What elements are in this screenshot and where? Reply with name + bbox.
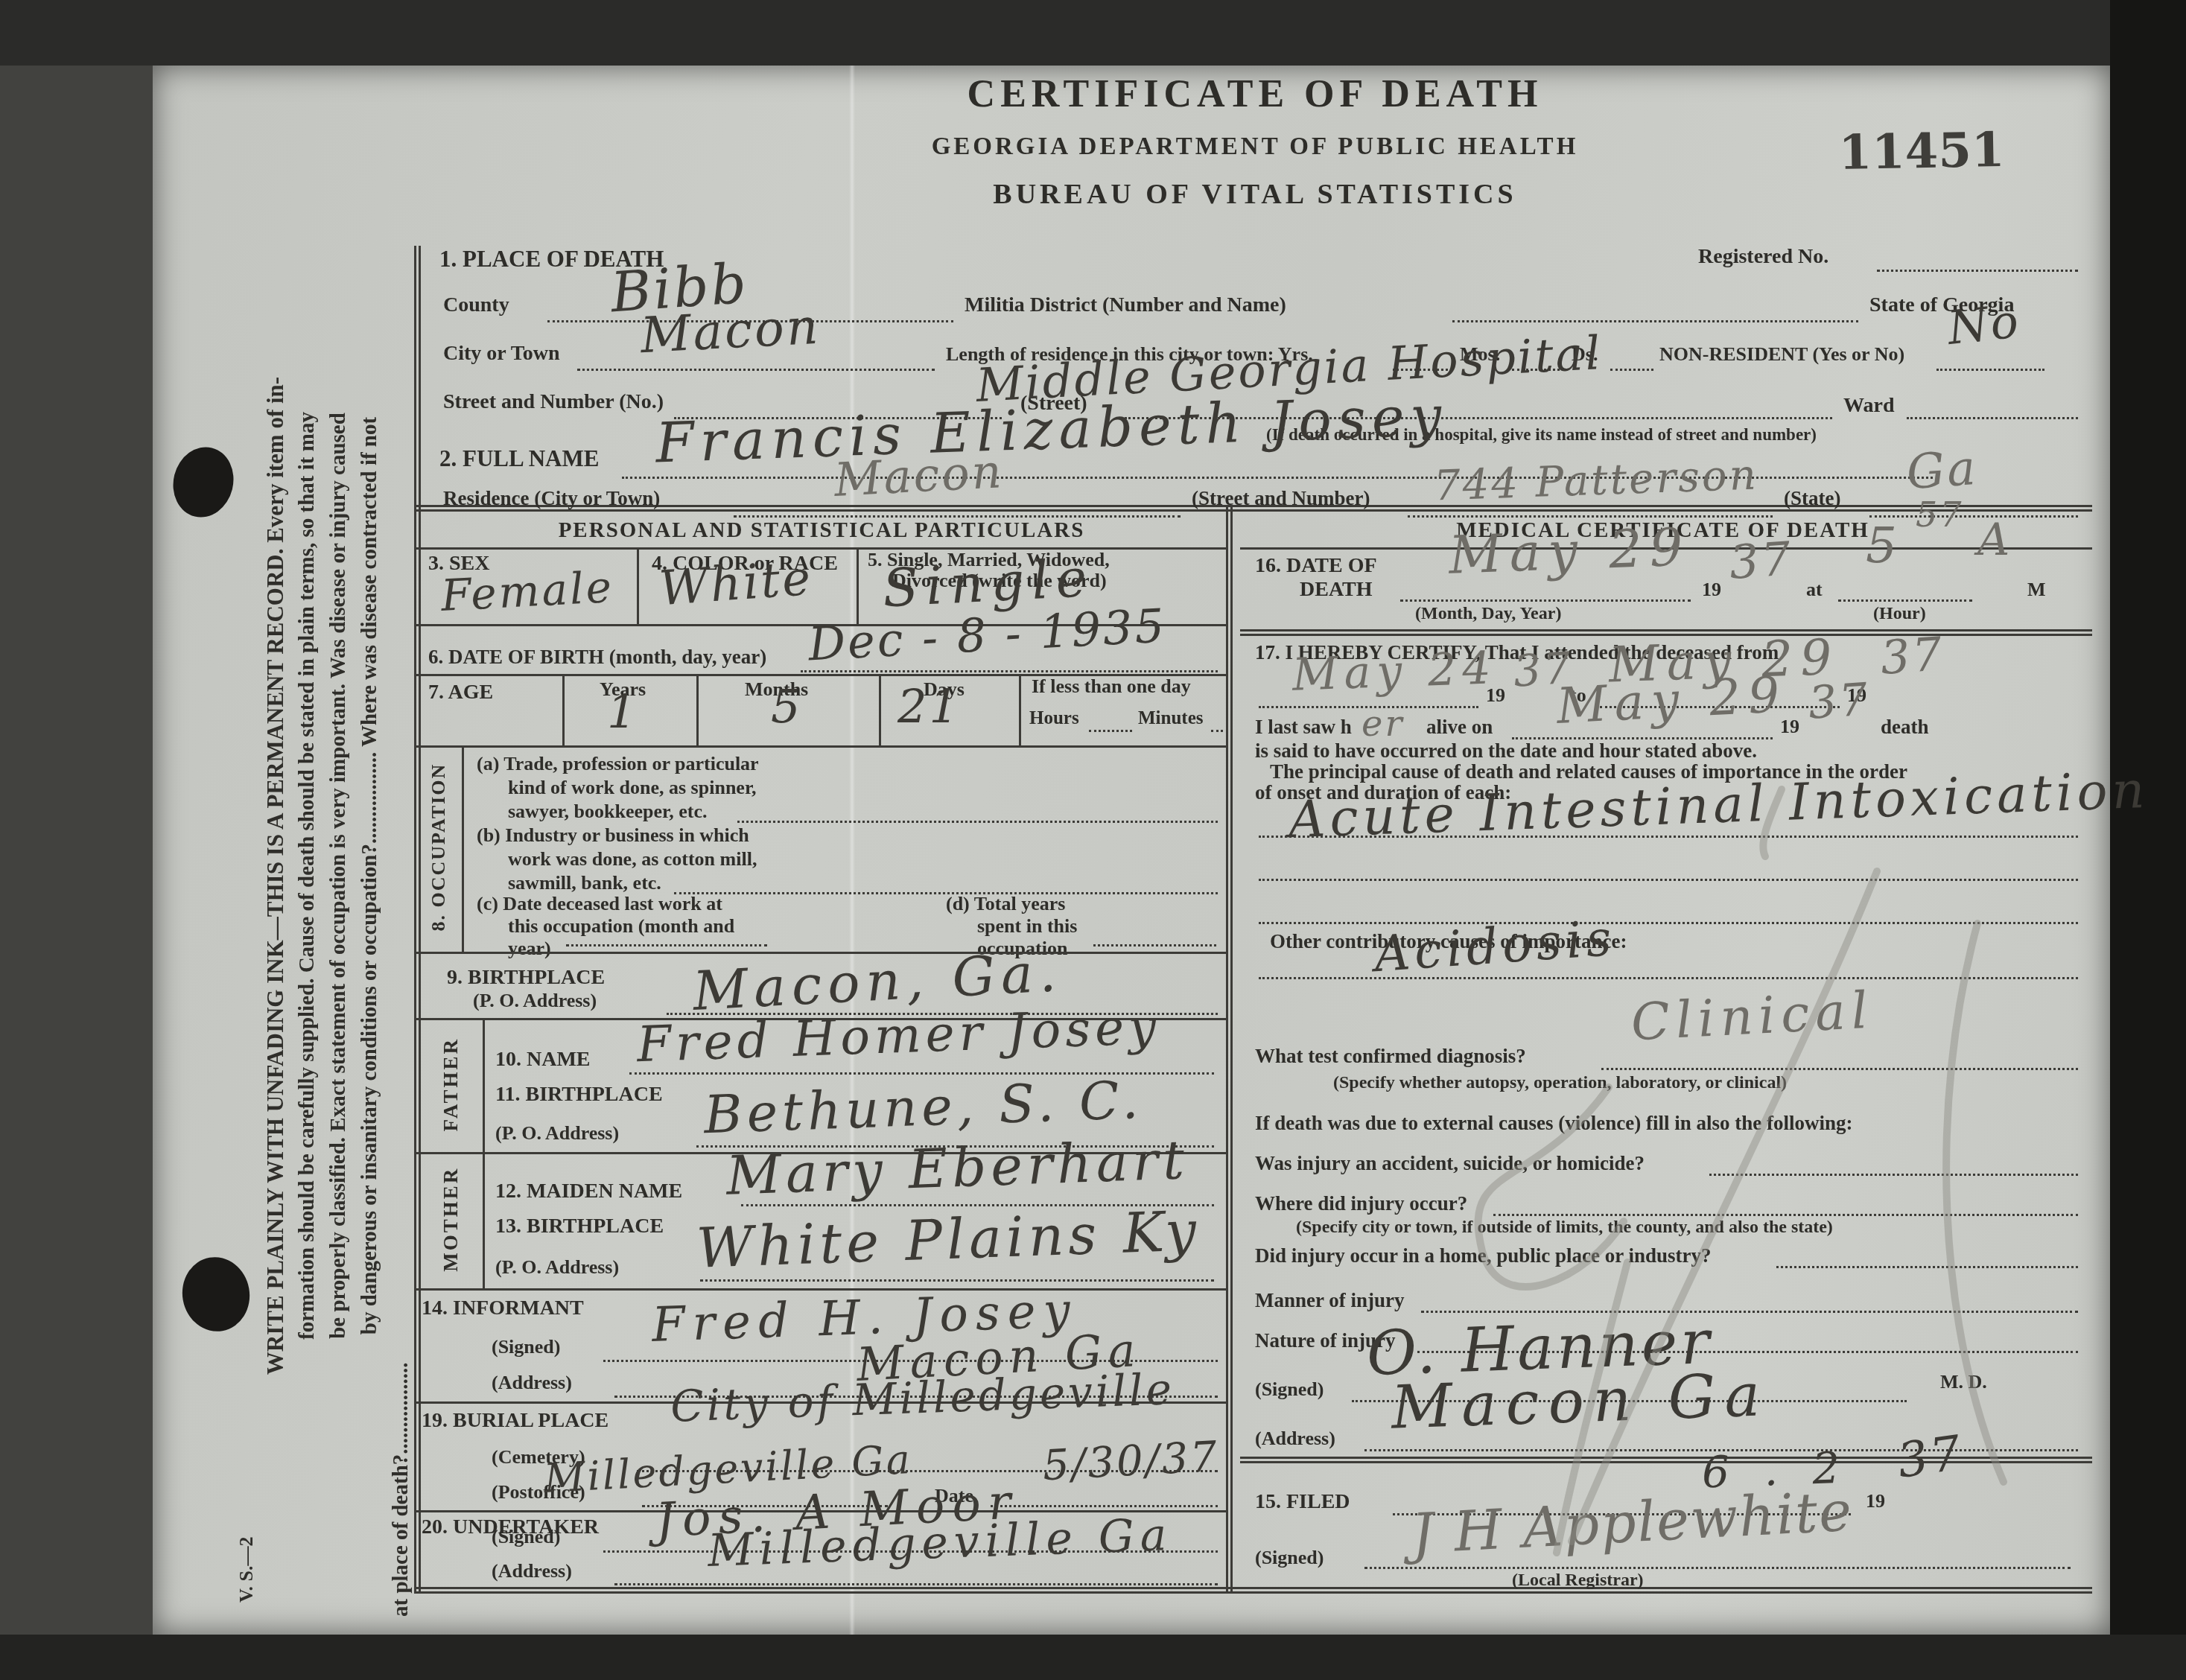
militia-line: [1452, 320, 1858, 322]
registrar-signed-label: (Signed): [1255, 1547, 1324, 1568]
county-label: County: [443, 294, 509, 316]
minutes-line: [1211, 730, 1223, 732]
registered-no-line: [1877, 270, 2078, 272]
occupation-c-line2: this occupation (month and: [508, 916, 734, 936]
age-months-value: 5: [771, 684, 802, 730]
nonresident-line: [1936, 369, 2044, 371]
occupation-d-line1: (d) Total years: [946, 894, 1065, 914]
death-label: death: [1881, 716, 1929, 737]
occupation-b-line3: sawmill, bank, etc.: [508, 873, 661, 893]
row7-bottom-rule: [414, 745, 1226, 748]
margin-line: WRITE PLAINLY WITH UNFADING INK—THIS IS …: [260, 135, 291, 1617]
age-days-value: 21: [897, 684, 961, 730]
column-divider: [1226, 505, 1233, 1594]
cause-line-1: [1259, 836, 2078, 838]
residence-street-value: 744 Patterson: [1433, 454, 1758, 507]
dod-ampm-value: A: [1977, 518, 2012, 562]
scan-background-bottom: [0, 1635, 2186, 1680]
dod-year-prefix: 19: [1702, 579, 1721, 599]
nonresident-value: No: [1945, 298, 2023, 351]
dod-hour-value: 5: [1866, 521, 1899, 570]
occupation-d-line2: spent in this: [977, 916, 1077, 936]
cause-line-3: [1259, 922, 2078, 924]
residence-city-label: Residence (City or Town): [443, 488, 660, 509]
ward-line: [1907, 417, 2078, 419]
last-saw-post-label: alive on: [1426, 716, 1493, 737]
md-label: M. D.: [1940, 1372, 1987, 1392]
nonresident-label: NON-RESIDENT (Yes or No): [1659, 344, 1904, 364]
certificate-title: CERTIFICATE OF DEATH: [417, 74, 2093, 115]
occupation-c-line1: (c) Date deceased last work at: [477, 894, 722, 914]
ward-label: Ward: [1843, 395, 1894, 416]
hours-line: [1089, 730, 1132, 732]
residence-state-line: [1869, 515, 2078, 518]
less-than-one-day-label: If less than one day: [1032, 676, 1191, 696]
occupation-inner-divider: [462, 745, 464, 952]
injury-where-line: [1493, 1214, 2078, 1216]
filed-year-value: 37: [1895, 1429, 1966, 1486]
last-saw-year-prefix: 19: [1780, 716, 1799, 736]
dod-sub-date: (Month, Day, Year): [1415, 605, 1561, 623]
burial-date-line: [991, 1505, 1218, 1507]
age-years-divider: [562, 674, 565, 745]
dod-hour-line: [1838, 599, 1972, 602]
dod-minute-value: 57: [1916, 497, 1964, 532]
test-label: What test confirmed diagnosis?: [1255, 1046, 1526, 1066]
occupation-a-line2: kind of work done, as spinner,: [508, 777, 757, 798]
father-inner-divider: [483, 1018, 485, 1152]
residence-state-label: (State): [1784, 488, 1840, 509]
last-saw-pre-label: I last saw h: [1255, 716, 1352, 737]
registrar-signed-line: [1364, 1567, 2071, 1569]
mother-maiden-value: Mary Eberhart: [725, 1133, 1189, 1203]
burial-date-value: 5/30/37: [1042, 1436, 1220, 1487]
occupation-b-line2: work was done, as cotton mill,: [508, 849, 757, 869]
mother-maiden-label: 12. MAIDEN NAME: [495, 1180, 682, 1202]
dod-m-label: M: [2027, 579, 2046, 599]
residence-street-label: (Street and Number): [1192, 488, 1370, 509]
minutes-label: Minutes: [1138, 709, 1204, 728]
injury-accident-label: Was injury an accident, suicide, or homi…: [1255, 1153, 1645, 1174]
attended-to-year: 37: [1879, 631, 1945, 681]
dod-date-line: [1400, 599, 1691, 602]
margin-line: by dangerous or insanitary conditions or…: [354, 135, 385, 1617]
occupation-side-label: 8. OCCUPATION: [428, 747, 448, 948]
undertaker-signed-label: (Signed): [492, 1527, 560, 1547]
residence-street-line: [1408, 515, 1773, 518]
burial-place-label: 19. BURIAL PLACE: [422, 1410, 609, 1431]
attend-year-prefix-1: 19: [1486, 685, 1505, 705]
militia-district-label: Militia District (Number and Name): [965, 294, 1286, 316]
father-name-label: 10. NAME: [495, 1049, 591, 1070]
months-days-divider: [879, 674, 881, 745]
injury-home-label: Did injury occur in a home, public place…: [1255, 1245, 1712, 1266]
registered-no-label: Registered No.: [1698, 246, 1828, 267]
mother-birthplace-line: [700, 1279, 1214, 1282]
dod-sub-hour: (Hour): [1873, 605, 1926, 623]
sex-color-divider: [637, 547, 639, 624]
dob-label: 6. DATE OF BIRTH (month, day, year): [428, 646, 766, 667]
physician-address-value: Macon Ga: [1391, 1365, 1770, 1438]
days-less-divider: [1019, 674, 1021, 745]
birthplace-po-label: (P. O. Address): [473, 990, 597, 1011]
margin-line: at place of death?.................: [385, 135, 416, 1617]
city-line: [577, 369, 935, 371]
residence-state-value: Ga: [1905, 445, 1980, 497]
undertaker-address-line: [614, 1583, 1218, 1585]
manner-of-injury-label: Manner of injury: [1255, 1290, 1405, 1311]
occupation-d-line: [1093, 944, 1216, 946]
test-line: [1601, 1068, 2078, 1070]
filed-year-prefix: 19: [1866, 1491, 1885, 1511]
informant-signed-label: (Signed): [492, 1337, 560, 1357]
form-bottom-rule: [414, 1587, 2092, 1594]
street-and-number-label: Street and Number (No.): [443, 391, 664, 413]
dod-year-value: 37: [1728, 535, 1794, 586]
last-saw-value: May 29: [1555, 670, 1788, 731]
personal-header: PERSONAL AND STATISTICAL PARTICULARS: [417, 519, 1226, 541]
father-birthplace-label: 11. BIRTHPLACE: [495, 1084, 663, 1105]
hours-label: Hours: [1029, 709, 1079, 728]
last-saw-er-value: er: [1362, 706, 1404, 742]
city-or-town-label: City or Town: [443, 343, 560, 364]
physician-address-label: (Address): [1255, 1428, 1335, 1448]
dob-line: [801, 670, 1218, 672]
residence-city-line: [734, 515, 1181, 518]
scanned-death-certificate: WRITE PLAINLY WITH UNFADING INK—THIS IS …: [0, 0, 2186, 1680]
attended-from-value: May 24: [1291, 646, 1497, 698]
dod-at-label: at: [1806, 579, 1823, 599]
form-code: V. S.—2: [235, 1506, 261, 1603]
color-marital-divider: [857, 547, 859, 624]
color-race-value: White: [658, 555, 814, 613]
physician-signed-label: (Signed): [1255, 1379, 1324, 1399]
mother-side-label: MOTHER: [440, 1154, 461, 1285]
dod-label-line2: DEATH: [1300, 579, 1373, 600]
injury-accident-line: [1709, 1174, 2078, 1176]
margin-line: formation should be carefully supplied. …: [291, 135, 323, 1617]
full-name-label: 2. FULL NAME: [439, 447, 599, 471]
mother-inner-divider: [483, 1152, 485, 1288]
sex-value: Female: [440, 565, 615, 617]
external-causes-label: If death was due to external causes (vio…: [1255, 1113, 1852, 1133]
test-value: Clinical: [1630, 986, 1875, 1049]
filed-label: 15. FILED: [1255, 1491, 1350, 1512]
certificate-number: 11451: [1772, 124, 2071, 179]
age-years-value: 1: [607, 689, 638, 735]
dod-month-day-value: May 29: [1448, 521, 1691, 581]
occurred-line: is said to have occurred on the date and…: [1255, 740, 1757, 761]
cause-line-2: [1259, 879, 2078, 881]
occupation-a-line3: sawyer, bookkeeper, etc.: [508, 801, 707, 821]
occupation-b-line1: (b) Industry or business in which: [477, 825, 749, 845]
residence-city-value: Macon: [833, 448, 1005, 503]
bureau-title: BUREAU OF VITAL STATISTICS: [417, 180, 2093, 210]
years-months-divider: [696, 674, 699, 745]
age-label: 7. AGE: [428, 681, 493, 703]
occupation-a-line: [737, 821, 1218, 823]
last-saw-year: 37: [1807, 677, 1871, 726]
father-po-label: (P. O. Address): [495, 1123, 619, 1143]
birthplace-label: 9. BIRTHPLACE: [447, 967, 605, 988]
margin-line: be properly classified. Exact statement …: [323, 135, 354, 1617]
scan-background-top: [0, 0, 2186, 66]
test-note: (Specify whether autopsy, operation, lab…: [1333, 1074, 1787, 1092]
informant-address-label: (Address): [492, 1372, 572, 1393]
occupation-c-line3: year): [508, 938, 551, 958]
informant-label: 14. INFORMANT: [422, 1297, 584, 1319]
dod-label-line1: 16. DATE OF: [1255, 555, 1377, 576]
contributory-line: [1259, 977, 2078, 979]
form-left-border: [414, 246, 421, 1594]
father-side-label: FATHER: [440, 1021, 461, 1148]
manner-of-injury-line: [1421, 1311, 2078, 1313]
physician-bottom-rule: [1240, 1457, 2092, 1463]
injury-home-line: [1776, 1266, 2078, 1268]
injury-where-note: (Specify city or town, if outside of lim…: [1296, 1218, 1833, 1237]
ds-line: [1610, 369, 1653, 371]
mother-bottom-rule: [414, 1288, 1226, 1291]
mother-birthplace-label: 13. BIRTHPLACE: [495, 1215, 664, 1237]
occupation-a-line1: (a) Trade, profession or particular: [477, 754, 759, 774]
mother-birthplace-value: White Plains Ky: [696, 1203, 1201, 1276]
injury-where-label: Where did injury occur?: [1255, 1193, 1467, 1214]
mother-po-label: (P. O. Address): [495, 1257, 619, 1277]
occupation-c-line: [566, 944, 767, 946]
scan-background-right: [2110, 0, 2186, 1680]
undertaker-address-label: (Address): [492, 1561, 572, 1581]
local-registrar-label: (Local Registrar): [1512, 1571, 1644, 1590]
margin-instructions: WRITE PLAINLY WITH UNFADING INK—THIS IS …: [260, 135, 418, 1617]
father-birthplace-value: Bethune, S. C.: [703, 1074, 1144, 1142]
city-value: Macon: [639, 302, 821, 361]
